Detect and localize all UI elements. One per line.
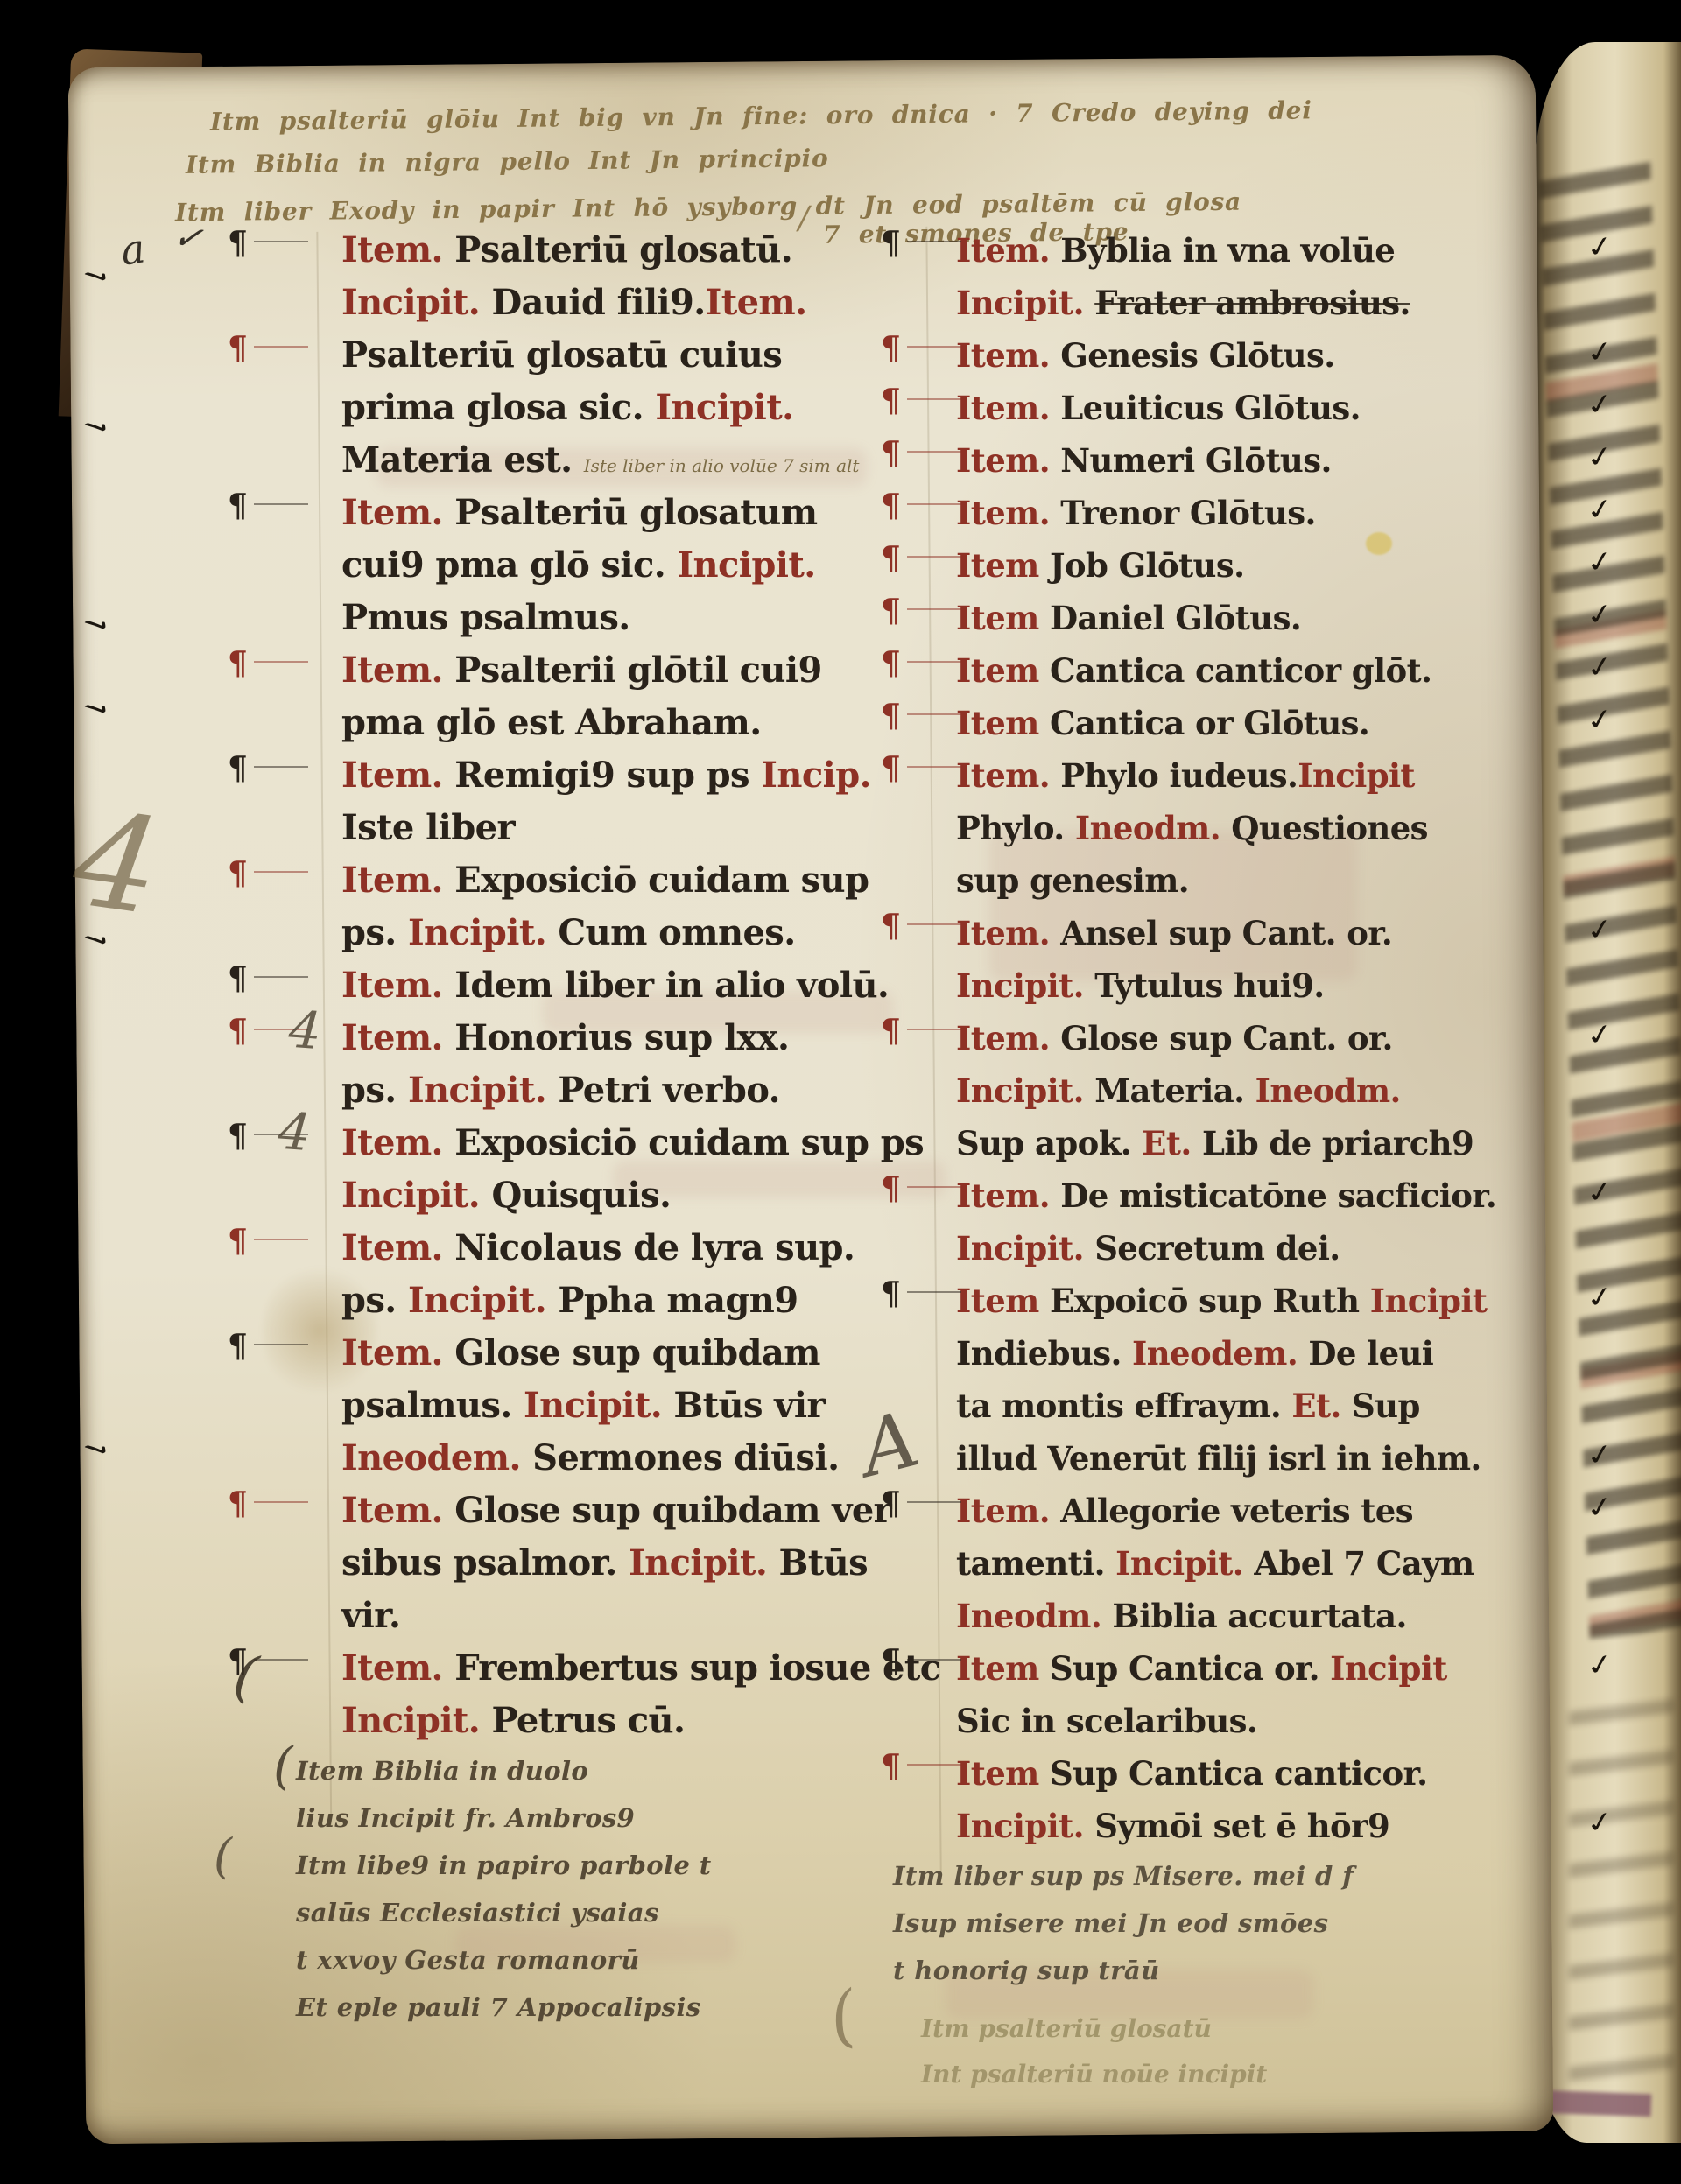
catalog-line: sup genesim. — [956, 854, 1560, 907]
catalog-line: ¶Item Daniel Glōtus.✓ — [956, 592, 1560, 644]
text-segment: Et eple pauli 7 Appocalipsis — [296, 1992, 700, 2022]
text-segment: Phylo. — [956, 809, 1065, 847]
catalog-line: ¶Item. Frembertus sup iosue etc — [341, 1642, 906, 1695]
catalog-line: Itm psalteriū glosatū — [921, 2006, 1560, 2052]
catalog-line: Phylo. Ineodm. Questiones — [956, 802, 1560, 854]
text-segment: Frater ambrosius. — [1094, 284, 1410, 322]
text-segment: Item. — [341, 1017, 443, 1058]
text-segment: Incipit. — [956, 966, 1084, 1005]
text-segment: Item — [956, 1282, 1039, 1320]
text-segment: Lib de priarch9 — [1192, 1124, 1474, 1162]
text-segment: Item. — [956, 756, 1050, 795]
pilcrow-mark: ¶ — [228, 1015, 247, 1047]
catalog-line: tamenti. Incipit. Abel 7 Caym — [956, 1537, 1560, 1590]
text-segment: Item. — [341, 1122, 443, 1163]
catalog-line: ¶Item. Psalterii glōtil cui9 — [341, 644, 906, 697]
text-segment: Remigi9 sup ps — [443, 755, 761, 796]
text-segment: Expoicō sup Ruth — [1039, 1282, 1370, 1320]
catalog-line: ¶Item. Glose sup quibdam ver — [341, 1485, 906, 1537]
catalog-line: ps. Incipit. Ppha magn9 — [341, 1275, 906, 1327]
text-segment: sup genesim. — [956, 861, 1189, 900]
text-segment: Exposiciō cuidam sup — [443, 860, 869, 901]
catalog-line: ¶Item. Byblia in vna volūe✓ — [956, 224, 1560, 277]
pilcrow-mark: ¶ — [228, 858, 247, 889]
text-segment: Item. — [341, 1490, 443, 1531]
text-segment: Itm libe9 in papiro parbole t — [296, 1850, 712, 1880]
catalog-line: Iste liber — [341, 802, 906, 854]
catalog-line: Sup apok. Et. Lib de priarch9 — [956, 1117, 1560, 1169]
catalog-line: ¶Item Sup Cantica canticor. — [956, 1747, 1560, 1800]
text-segment: Ineodm. — [956, 1597, 1101, 1635]
catalog-line: Materia est. Iste liber in alio volūe 7 … — [341, 434, 906, 487]
text-segment: Frembertus sup iosue etc — [443, 1647, 941, 1689]
catalog-line: Incipit. Dauid fili9.Item. — [341, 277, 906, 329]
text-segment: Incipit. — [956, 284, 1084, 322]
pilcrow-mark: ¶ — [228, 490, 247, 522]
text-segment: Iste liber in alio volūe 7 sim alt — [584, 455, 860, 476]
text-segment: Incip. — [761, 755, 871, 796]
catalog-line: ¶Item. Genesis Glōtus.✓ — [956, 329, 1560, 382]
catalog-line: Item Biblia in duolo — [296, 1747, 906, 1794]
pilcrow-mark: ¶ — [881, 910, 900, 942]
pilcrow-mark: ¶ — [881, 438, 900, 469]
text-segment: tamenti. — [956, 1544, 1105, 1583]
text-segment: psalmus. — [341, 1385, 512, 1426]
text-segment: ta montis effraym. — [956, 1387, 1281, 1425]
text-segment: ps. — [341, 1280, 397, 1321]
catalog-line: ¶Item. Nicolaus de lyra sup. — [341, 1222, 906, 1275]
text-segment: Incipit. — [397, 1280, 546, 1321]
text-segment: Genesis Glōtus. — [1050, 336, 1335, 375]
text-segment: Incipit. — [644, 387, 793, 428]
text-segment: Ineodem. — [341, 1437, 521, 1478]
pilcrow-mark: ¶ — [881, 753, 900, 784]
catalog-column-right: ¶Item. Byblia in vna volūe✓Incipit. Frat… — [956, 224, 1560, 2097]
catalog-line: Ineodem. Sermones diūsi. — [341, 1432, 906, 1485]
pilcrow-mark: ¶ — [881, 1751, 900, 1782]
text-segment: Cantica or Glōtus. — [1039, 704, 1369, 742]
text-segment: Cum omnes. — [546, 912, 795, 953]
catalog-line: ¶Item. De misticatōne sacficior.✓ — [956, 1169, 1560, 1222]
text-segment: Tytulus hui9. — [1084, 966, 1325, 1005]
text-segment: Daniel Glōtus. — [1039, 599, 1301, 637]
text-segment: Allegorie veteris tes — [1050, 1492, 1413, 1530]
text-segment: Psalteriū glosatū cuius — [341, 334, 782, 376]
text-segment: Incipit. — [397, 912, 546, 953]
text-segment: Incipit. — [956, 1071, 1084, 1110]
pilcrow-mark: ¶ — [881, 1646, 900, 1677]
text-segment: Sup apok. — [956, 1124, 1131, 1162]
catalog-line: ¶Item Job Glōtus.✓ — [956, 539, 1560, 592]
text-segment: lius Incipit fr. Ambros9 — [296, 1803, 635, 1833]
text-segment: Incipit — [1298, 756, 1415, 795]
pilcrow-mark: ¶ — [881, 700, 900, 732]
text-segment: Item. — [341, 492, 443, 533]
catalog-line: illud Venerūt filij isrl in iehm.✓ — [956, 1432, 1560, 1485]
text-segment: Ineodm. — [1244, 1071, 1400, 1110]
text-segment: Petrus cū. — [480, 1700, 685, 1741]
text-segment: Incipit. — [1105, 1544, 1243, 1583]
margin-mark: ✓ — [171, 218, 206, 257]
text-segment: sibus psalmor. — [341, 1542, 617, 1584]
catalog-line: ¶Item. Honorius sup lxx. — [341, 1012, 906, 1064]
text-segment: Cantica canticor glōt. — [1039, 651, 1432, 690]
text-segment: ps. — [341, 1070, 397, 1111]
catalog-line: salūs Ecclesiastici ysaias — [296, 1889, 906, 1936]
catalog-line: Incipit. Materia. Ineodm. — [956, 1064, 1560, 1117]
pilcrow-mark: ¶ — [881, 595, 900, 627]
catalog-line: ¶Item. Glose sup Cant. or.✓ — [956, 1012, 1560, 1064]
catalog-line: psalmus. Incipit. Btūs vir — [341, 1380, 906, 1432]
text-segment: vir. — [341, 1595, 400, 1636]
pilcrow-mark: ¶ — [228, 1225, 247, 1257]
text-segment: Ansel sup Cant. or. — [1050, 914, 1392, 952]
text-segment: Symōi set ē hōr9 — [1084, 1807, 1389, 1845]
catalog-line: ¶Item. Exposiciō cuidam sup ps — [341, 1117, 906, 1169]
facing-page-blurred-text-lower — [1569, 1666, 1674, 2095]
text-segment: Numeri Glōtus. — [1050, 441, 1332, 480]
catalog-line: Pmus psalmus. — [341, 592, 906, 644]
catalog-line: Int psalteriū noūe incipit — [921, 2052, 1560, 2097]
text-segment: Item. — [956, 1019, 1050, 1057]
text-segment: Item Biblia in duolo — [296, 1756, 588, 1786]
catalog-line: ¶Item. Phylo iudeus.Incipit — [956, 749, 1560, 802]
catalog-line: lius Incipit fr. Ambros9 — [296, 1794, 906, 1842]
pilcrow-mark: ¶ — [881, 490, 900, 522]
text-segment: Et. — [1131, 1124, 1192, 1162]
text-segment: Byblia in vna volūe — [1050, 231, 1395, 270]
margin-mark: ∕ — [798, 203, 809, 235]
catalog-line: ¶Item. Exposiciō cuidam sup — [341, 854, 906, 907]
catalog-line: Incipit. Secretum dei. — [956, 1222, 1560, 1275]
text-segment — [1084, 284, 1094, 322]
text-segment: Ineodem. — [1122, 1334, 1298, 1373]
catalog-line: ps. Incipit. Petri verbo. — [341, 1064, 906, 1117]
catalog-line: Incipit. Tytulus hui9. — [956, 959, 1560, 1012]
catalog-line: Sic in scelaribus. — [956, 1695, 1560, 1747]
catalog-line: ¶Item. Glose sup quibdam — [341, 1327, 906, 1380]
pilcrow-mark: ¶ — [881, 1488, 900, 1520]
text-segment: pma glō est Abraham. — [341, 702, 762, 743]
catalog-line: Itm liber sup ps Misere. mei d f — [893, 1852, 1560, 1900]
catalog-line: Isup misere mei Jn eod smōes — [893, 1900, 1560, 1947]
catalog-line: ¶Item. Leuiticus Glōtus.✓ — [956, 382, 1560, 434]
text-segment: Psalteriū glosatum — [443, 492, 818, 533]
text-segment: Pmus psalmus. — [341, 597, 630, 638]
text-segment: illud Venerūt filij isrl in iehm. — [956, 1439, 1481, 1478]
text-segment: Petri verbo. — [546, 1070, 780, 1111]
catalog-line: t honorig sup trāū — [893, 1947, 1560, 1994]
catalog-line: Incipit. Frater ambrosius. — [956, 277, 1560, 329]
catalog-line: ¶Item Cantica canticor glōt.✓ — [956, 644, 1560, 697]
pilcrow-mark: ¶ — [881, 228, 900, 259]
text-segment: Incipit. — [956, 1807, 1084, 1845]
text-segment: Itm psalteriū glosatū — [921, 2014, 1212, 2043]
text-segment: De misticatōne sacficior. — [1050, 1176, 1496, 1215]
text-segment: Item. — [341, 1227, 443, 1268]
text-segment: Btūs vir — [662, 1385, 825, 1426]
catalog-line: ¶Item. Allegorie veteris tes✓ — [956, 1485, 1560, 1537]
catalog-line: ¶Item. Numeri Glōtus.✓ — [956, 434, 1560, 487]
pilcrow-mark: ¶ — [881, 1173, 900, 1204]
pilcrow-mark: ¶ — [228, 753, 247, 784]
text-segment: Sup Cantica or. — [1039, 1649, 1330, 1688]
text-segment: Item. — [956, 441, 1050, 480]
catalog-line: Incipit. Petrus cū. — [341, 1695, 906, 1747]
text-segment: Phylo iudeus. — [1050, 756, 1298, 795]
text-segment: Idem liber in alio volū. — [443, 965, 889, 1006]
text-segment: Btūs — [767, 1542, 868, 1584]
text-segment: Item — [956, 651, 1039, 690]
text-segment: Glose sup quibdam — [443, 1332, 820, 1373]
margin-mark: ( — [214, 1833, 232, 1880]
catalog-line: vir. — [341, 1590, 906, 1642]
margin-mark: ( — [273, 1740, 293, 1791]
pilcrow-mark: ¶ — [881, 648, 900, 679]
text-segment: Incipit. — [397, 1070, 546, 1111]
text-segment: Item. — [956, 231, 1050, 270]
text-segment: prima glosa sic. — [341, 387, 644, 428]
text-segment: Item. — [341, 755, 443, 796]
catalog-line: sibus psalmor. Incipit. Btūs — [341, 1537, 906, 1590]
pilcrow-mark: ¶ — [228, 1488, 247, 1520]
pilcrow-mark: ¶ — [228, 963, 247, 994]
text-segment: Item. — [706, 282, 807, 323]
text-segment: Incipit. — [665, 544, 815, 586]
text-segment: Item. — [341, 1332, 443, 1373]
catalog-line: ta montis effraym. Et. Sup — [956, 1380, 1560, 1432]
text-segment: Item. — [956, 1492, 1050, 1530]
catalog-line: Incipit. Symōi set ē hōr9✓ — [956, 1800, 1560, 1852]
text-segment: Item. — [956, 914, 1050, 952]
catalog-line: Ineodm. Biblia accurtata. — [956, 1590, 1560, 1642]
text-segment: Et. — [1281, 1387, 1341, 1425]
text-segment: Incipit. — [617, 1542, 767, 1584]
text-segment: ps. — [341, 912, 397, 953]
text-segment: Nicolaus de lyra sup. — [443, 1227, 855, 1268]
catalog-line: ¶Item Expoicō sup Ruth Incipit✓ — [956, 1275, 1560, 1327]
text-segment: Glose sup Cant. or. — [1050, 1019, 1393, 1057]
text-segment: Materia est. — [341, 439, 584, 481]
catalog-line: ¶Psalteriū glosatū cuius — [341, 329, 906, 382]
catalog-line: ¶Item. Remigi9 sup ps Incip. — [341, 749, 906, 802]
text-segment: Questiones — [1220, 809, 1428, 847]
pilcrow-mark: ¶ — [881, 333, 900, 364]
pilcrow-mark: ¶ — [228, 228, 247, 259]
catalog-line: t xxvoy Gesta romanorū — [296, 1936, 906, 1984]
text-segment: Quisquis. — [480, 1175, 671, 1216]
text-segment: Itm liber sup ps Misere. mei d f — [893, 1861, 1354, 1891]
text-segment: Item — [956, 1649, 1039, 1688]
text-segment: Item — [956, 546, 1039, 585]
text-segment: Item. — [956, 494, 1050, 532]
pilcrow-mark: ¶ — [228, 648, 247, 679]
catalog-line: ¶Item. Psalteriū glosatū. — [341, 224, 906, 277]
text-segment: t xxvoy Gesta romanorū — [296, 1945, 640, 1975]
text-segment: Item. — [956, 336, 1050, 375]
text-segment: Materia. — [1084, 1071, 1244, 1110]
text-segment: Item. — [956, 1176, 1050, 1215]
text-segment: Honorius sup lxx. — [443, 1017, 789, 1058]
text-segment: Job Glōtus. — [1039, 546, 1245, 585]
text-segment: Abel 7 Caym — [1243, 1544, 1474, 1583]
catalog-column-left: ¶Item. Psalteriū glosatū.Incipit. Dauid … — [341, 224, 906, 2031]
text-segment: Biblia accurtata. — [1101, 1597, 1407, 1635]
catalog-line: ¶Item. Trenor Glōtus.✓ — [956, 487, 1560, 539]
text-segment: Incipit — [1370, 1282, 1488, 1320]
text-segment: Item. — [341, 229, 443, 270]
text-segment: Psalteriū glosatū. — [443, 229, 792, 270]
catalog-line: Et eple pauli 7 Appocalipsis — [296, 1984, 906, 2031]
text-segment: Sup — [1341, 1387, 1420, 1425]
text-segment: Indiebus. — [956, 1334, 1122, 1373]
text-segment: Sic in scelaribus. — [956, 1702, 1257, 1740]
catalog-line: pma glō est Abraham. — [341, 697, 906, 749]
text-segment: Item — [956, 704, 1039, 742]
text-segment: De leui — [1298, 1334, 1433, 1373]
text-segment: Item. — [956, 389, 1050, 427]
text-segment: Exposiciō cuidam sup ps — [443, 1122, 924, 1163]
text-segment: Ineodm. — [1065, 809, 1220, 847]
pilcrow-mark: ¶ — [228, 333, 247, 364]
catalog-line: cui9 pma glō sic. Incipit. — [341, 539, 906, 592]
pilcrow-mark: ¶ — [228, 1331, 247, 1362]
text-segment: Trenor Glōtus. — [1050, 494, 1316, 532]
margin-mark: 4 — [287, 1004, 323, 1057]
pilcrow-mark: ¶ — [881, 385, 900, 417]
text-segment: cui9 pma glō sic. — [341, 544, 665, 586]
text-segment: Isup misere mei Jn eod smōes — [893, 1908, 1328, 1938]
pilcrow-mark: ¶ — [881, 1278, 900, 1310]
text-segment: t honorig sup trāū — [893, 1956, 1160, 1985]
text-segment: Item — [956, 1754, 1039, 1793]
catalog-line: ¶Item. Ansel sup Cant. or.✓ — [956, 907, 1560, 959]
text-segment: Int psalteriū noūe incipit — [921, 2060, 1267, 2089]
text-segment: Incipit. — [341, 282, 480, 323]
catalog-line: ps. Incipit. Cum omnes. — [341, 907, 906, 959]
catalog-line: ¶Item Sup Cantica or. Incipit✓ — [956, 1642, 1560, 1695]
catalog-line: Itm libe9 in papiro parbole t — [296, 1842, 906, 1889]
pilcrow-mark: ¶ — [881, 543, 900, 574]
catalog-line: ¶Item. Idem liber in alio volū. — [341, 959, 906, 1012]
catalog-line: Indiebus. Ineodem. De leui — [956, 1327, 1560, 1380]
text-segment: Item — [956, 599, 1039, 637]
catalog-line: ¶Item. Psalteriū glosatum — [341, 487, 906, 539]
text-segment: Item. — [341, 965, 443, 1006]
text-segment: Item. — [341, 860, 443, 901]
text-segment: Leuiticus Glōtus. — [1050, 389, 1361, 427]
ruling-line — [925, 227, 941, 1872]
catalog-line: prima glosa sic. Incipit. — [341, 382, 906, 434]
manuscript-photo: Itm psalteriū glōiu Int big vn Jn fine: … — [0, 0, 1681, 2184]
text-segment: Iste liber — [341, 807, 515, 848]
pilcrow-mark: ¶ — [228, 1120, 247, 1152]
text-segment: Incipit. — [956, 1229, 1084, 1268]
catalog-line: Incipit. Quisquis. — [341, 1169, 906, 1222]
catalog-line: ¶Item Cantica or Glōtus.✓ — [956, 697, 1560, 749]
margin-mark: 4 — [277, 1106, 313, 1158]
text-segment: Glose sup quibdam ver — [443, 1490, 891, 1531]
text-segment: Incipit. — [341, 1700, 480, 1741]
text-segment: Dauid fili9. — [480, 282, 705, 323]
text-segment: Sermones diūsi. — [521, 1437, 840, 1478]
pilcrow-mark: ¶ — [881, 1015, 900, 1047]
text-segment: Item. — [341, 650, 443, 691]
text-segment: Ppha magn9 — [546, 1280, 798, 1321]
text-segment: Secretum dei. — [1084, 1229, 1340, 1268]
text-segment: Incipit. — [341, 1175, 480, 1216]
text-segment: Item. — [341, 1647, 443, 1689]
text-segment: Sup Cantica canticor. — [1039, 1754, 1428, 1793]
text-segment: Incipit — [1330, 1649, 1447, 1688]
text-segment: salūs Ecclesiastici ysaias — [296, 1898, 659, 1928]
text-segment: Psalterii glōtil cui9 — [443, 650, 822, 691]
text-segment: Incipit. — [512, 1385, 662, 1426]
